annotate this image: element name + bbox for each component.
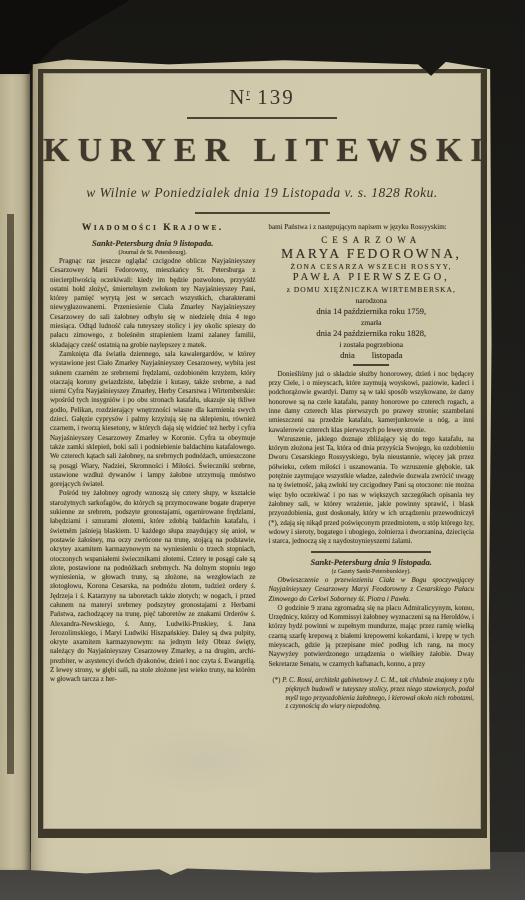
memorial-line: CESARZOWA [269,235,475,246]
masthead-rule-top [187,117,337,119]
previous-page-frame-line [7,214,14,774]
article-source: (Journal de St. Petersbourg). [50,249,256,257]
paragraph: Zamknięta dla światła dziennego, sala ka… [50,350,256,489]
paragraph-continuation: bami Państwa i z następującym napisem w … [269,223,475,232]
left-column: Wiadomości Krajowe. Sankt-Petersburg dni… [50,223,256,798]
issue-number: Nr 139 [43,85,481,110]
masthead-dateline: w Wilnie w Poniedzialek dnia 19 Listopad… [43,185,481,201]
memorial-inscription: CESARZOWA MARYA FEDOROWNA, ŻONA CESARZA … [269,235,475,361]
memorial-line: dnia listopada [269,350,475,361]
paragraph: Wzruszenie, jakiego doznaje zbliżający s… [269,435,475,547]
newspaper-page: Nr 139 KURYER LITEWSKI w Wilnie w Ponied… [30,57,492,875]
article-source: (z Gazety Sankt-Petersburskiey). [269,568,475,576]
memorial-line: z DOMU XIĘŻNICZKA WIRTEMBERSKA, [269,284,475,295]
newspaper-title: KURYER LITEWSKI [43,132,481,170]
memorial-line: MARYA FEDOROWNA, [269,246,475,261]
memorial-line: dnia 14 października roku 1759, [269,306,475,317]
memorial-line: narodzona [269,295,475,306]
footnote-marker: (*) [273,677,281,684]
article-dateline: Sankt-Petersburg dnia 9 listopada. [50,238,256,248]
footnote-text: P. C. Rossi, architekt gabinetowy J. C. … [282,677,474,710]
paragraph: Pragnąc raz jeszcze oglądać czcigodne ob… [50,257,256,350]
section-header: Wiadomości Krajowe. [50,223,256,234]
page-border-frame: Nr 139 KURYER LITEWSKI w Wilnie w Ponied… [38,69,487,838]
announcement-paragraph: Obwieszczenie o przewiezieniu Ciała w Bo… [269,576,475,604]
paragraph: O godzinie 9 zrana zgromadzą się na plac… [269,604,475,669]
memorial-line: ŻONA CESARZA WSZECH ROSSYY, [269,261,475,272]
issue-superscript: r [246,87,250,100]
issue-value: 139 [257,85,295,109]
memorial-line: zmarła [269,317,475,328]
article-dateline: Sankt-Petersburg dnia 9 listopada. [269,557,475,567]
memorial-line: dnia 24 października roku 1828, [269,328,475,339]
memorial-line: PAWŁA PIERWSZEGO, [269,272,475,284]
memorial-line: i została pogrzebiona [269,339,475,350]
right-column: bami Państwa i z następującym napisem w … [269,223,475,798]
masthead: Nr 139 KURYER LITEWSKI w Wilnie w Ponied… [43,73,481,214]
previous-page-edge [0,74,30,870]
paragraph: Pośród tey żałobney ogrody wznoszą się c… [50,489,256,684]
footnote-body: (*) P. C. Rossi, architekt gabinetowy J.… [269,677,475,712]
section-rule [353,364,389,366]
footnote: (*) P. C. Rossi, architekt gabinetowy J.… [269,677,475,712]
issue-prefix: N [229,85,246,109]
paragraph: Donieśliśmy już o składzie służby honoro… [269,370,475,435]
photograph-background: Nr 139 KURYER LITEWSKI w Wilnie w Ponied… [0,0,525,900]
section-rule [311,551,431,553]
article-columns: Wiadomości Krajowe. Sankt-Petersburg dni… [43,214,481,798]
